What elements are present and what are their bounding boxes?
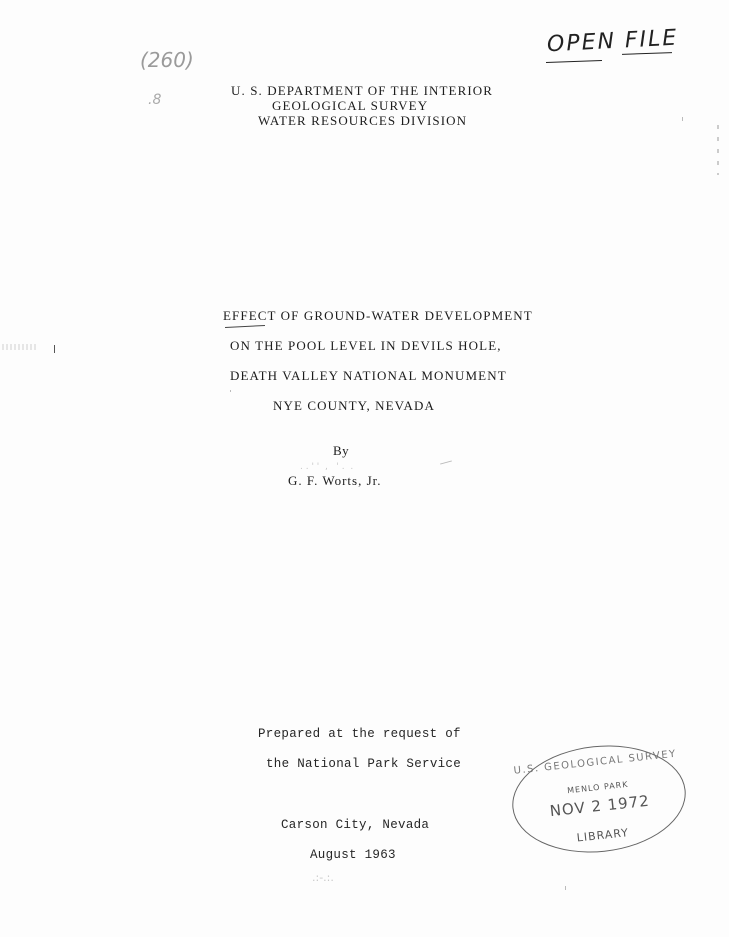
header-survey: GEOLOGICAL SURVEY	[272, 99, 428, 112]
open-file-underline	[546, 60, 602, 63]
faint-scribble: .:-.:.	[312, 871, 334, 884]
prepared-line-1: Prepared at the request of	[258, 728, 461, 741]
scan-smudge	[2, 344, 38, 350]
scan-speck	[230, 390, 231, 392]
date-line: August 1963	[310, 849, 396, 862]
library-stamp: U.S. GEOLOGICAL SURVEY MENLO PARK NOV 2 …	[507, 737, 691, 861]
place-line: Carson City, Nevada	[281, 819, 429, 832]
document-page: OPEN FILE (260) .8 U. S. DEPARTMENT OF T…	[0, 0, 729, 937]
title-line-4: NYE COUNTY, NEVADA	[273, 399, 435, 412]
byline-by: By	[333, 444, 349, 457]
pencil-mark-annotation: .8	[148, 92, 161, 108]
title-line-3: DEATH VALLEY NATIONAL MONUMENT	[230, 369, 507, 382]
scan-speck	[565, 886, 566, 890]
stamp-agency: U.S. GEOLOGICAL SURVEY	[509, 748, 681, 777]
title-line-1: EFFECT OF GROUND-WATER DEVELOPMENT	[223, 309, 533, 322]
pencil-number-annotation: (260)	[140, 48, 194, 72]
scan-speck	[440, 460, 452, 464]
title-line-2: ON THE POOL LEVEL IN DEVILS HOLE,	[230, 339, 502, 352]
byline-author: G. F. Worts, Jr.	[288, 474, 382, 487]
stamp-library: LIBRARY	[517, 820, 689, 851]
edge-marks	[717, 125, 719, 175]
header-division: WATER RESOURCES DIVISION	[258, 114, 467, 127]
faint-scribble: . . ' ' , ' . .	[300, 462, 353, 472]
title-underline-mark	[225, 325, 265, 328]
header-department: U. S. DEPARTMENT OF THE INTERIOR	[231, 84, 493, 97]
scan-speck	[427, 406, 429, 408]
prepared-line-2: the National Park Service	[266, 758, 461, 771]
margin-mark	[54, 345, 55, 353]
scan-speck	[682, 117, 683, 121]
